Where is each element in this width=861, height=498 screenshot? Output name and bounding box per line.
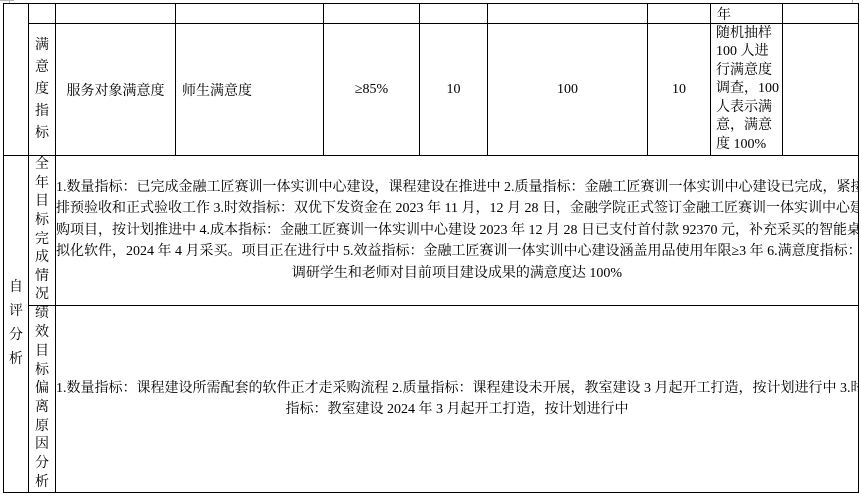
score-cell: 10: [647, 23, 711, 156]
indicator-section-header-cell: [3, 3, 29, 156]
satisfaction-category-cell: 满意度指标: [28, 23, 56, 156]
target-value-cell: ≥85%: [323, 23, 420, 156]
empty-cell: [419, 3, 488, 24]
deviation-label: 绩效目标偏离原因分析: [34, 305, 49, 492]
performance-table-screenshot: 年 满意度指标 服务对象满意度 师生满意度 ≥85% 10 100 10 随机抽…: [0, 0, 861, 498]
tertiary-indicator-cell: 师生满意度: [175, 23, 324, 156]
empty-cell: [782, 23, 859, 156]
completion-value-cell: 100: [487, 23, 648, 156]
annual-completion-label: 全年目标完成情况: [34, 156, 49, 305]
screenshot-artifact: [0, 0, 14, 1]
deviation-text: 1.数量指标：课程建设所需配套的软件正才走采购流程 2.质量指标：课程建设未开展…: [56, 378, 858, 421]
empty-cell: [323, 3, 420, 24]
annual-completion-header-cell: 全年目标完成情况: [28, 155, 56, 306]
empty-cell: [175, 3, 324, 24]
self-evaluation-section-cell: 自评分析: [3, 155, 29, 493]
satisfaction-category-label: 满意度指标: [34, 35, 49, 145]
year-fragment-cell: 年: [710, 3, 783, 24]
empty-cell: [782, 3, 859, 24]
secondary-indicator-cell: 服务对象满意度: [55, 23, 176, 156]
empty-cell: [55, 3, 176, 24]
deviation-content-cell: 1.数量指标：课程建设所需配套的软件正才走采购流程 2.质量指标：课程建设未开展…: [55, 305, 859, 493]
annual-completion-text: 1.数量指标：已完成金融工匠赛训一体实训中心建设，课程建设在推进中 2.质量指标…: [56, 177, 858, 285]
weight-cell: 10: [419, 23, 488, 156]
annual-completion-content-cell: 1.数量指标：已完成金融工匠赛训一体实训中心建设，课程建设在推进中 2.质量指标…: [55, 155, 859, 306]
remark-cell: 随机抽样 100 人进 行满意度 调查，100 人表示满 意，满意 度 100%: [710, 23, 783, 156]
empty-cell: [28, 3, 56, 24]
self-evaluation-section-label: 自评分析: [8, 276, 23, 372]
empty-cell: [487, 3, 648, 24]
empty-cell: [647, 3, 711, 24]
deviation-header-cell: 绩效目标偏离原因分析: [28, 305, 56, 493]
